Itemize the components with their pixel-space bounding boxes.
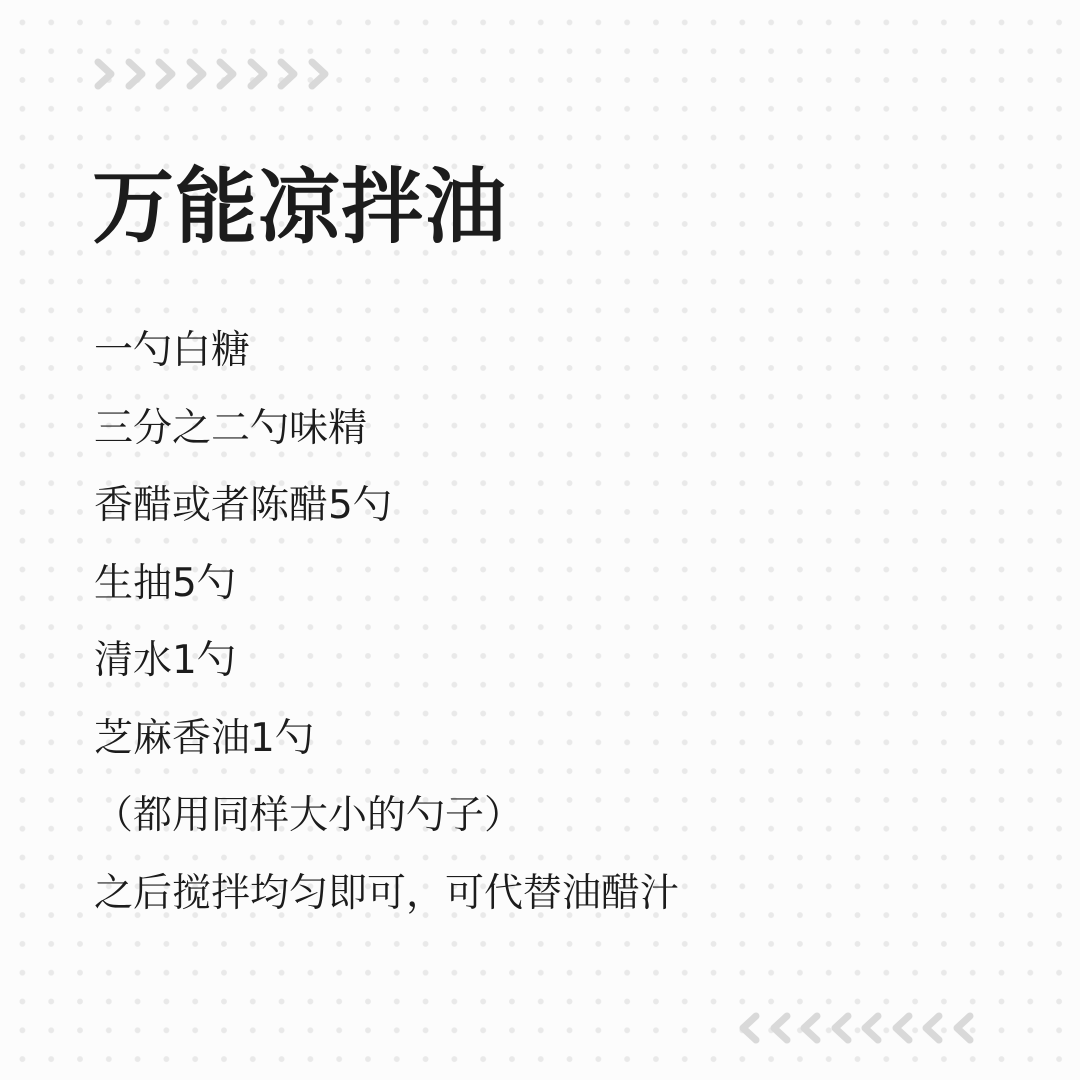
page-title: 万能凉拌油: [92, 158, 507, 258]
chevron-right-icon: [90, 54, 121, 94]
note-text: （都用同样大小的勺子）: [94, 777, 679, 855]
chevron-left-icon: [795, 1008, 826, 1048]
list-item: 三分之二勺味精: [94, 390, 679, 468]
chevron-right-icon: [304, 54, 335, 94]
list-item: 清水1勺: [94, 622, 679, 700]
chevron-left-icon: [917, 1008, 948, 1048]
ingredient-list: 一勺白糖 三分之二勺味精 香醋或者陈醋5勺 生抽5勺 清水1勺 芝麻香油1勺 （…: [94, 312, 679, 932]
chevron-left-icon: [826, 1008, 857, 1048]
list-item: 一勺白糖: [94, 312, 679, 390]
instruction-text: 之后搅拌均匀即可，可代替油醋汁: [94, 855, 679, 933]
chevron-left-icon: [734, 1008, 765, 1048]
chevron-left-icon: [887, 1008, 918, 1048]
list-item: 芝麻香油1勺: [94, 700, 679, 778]
chevron-right-icon: [121, 54, 152, 94]
list-item: 香醋或者陈醋5勺: [94, 467, 679, 545]
chevron-left-icon: [765, 1008, 796, 1048]
chevron-right-icon: [273, 54, 304, 94]
chevron-right-icon: [182, 54, 213, 94]
chevron-left-icon: [856, 1008, 887, 1048]
chevron-left-icon: [948, 1008, 979, 1048]
chevron-right-icon: [243, 54, 274, 94]
top-chevron-decoration: [90, 54, 334, 94]
list-item: 生抽5勺: [94, 545, 679, 623]
chevron-right-icon: [151, 54, 182, 94]
bottom-chevron-decoration: [734, 1008, 978, 1048]
chevron-right-icon: [212, 54, 243, 94]
